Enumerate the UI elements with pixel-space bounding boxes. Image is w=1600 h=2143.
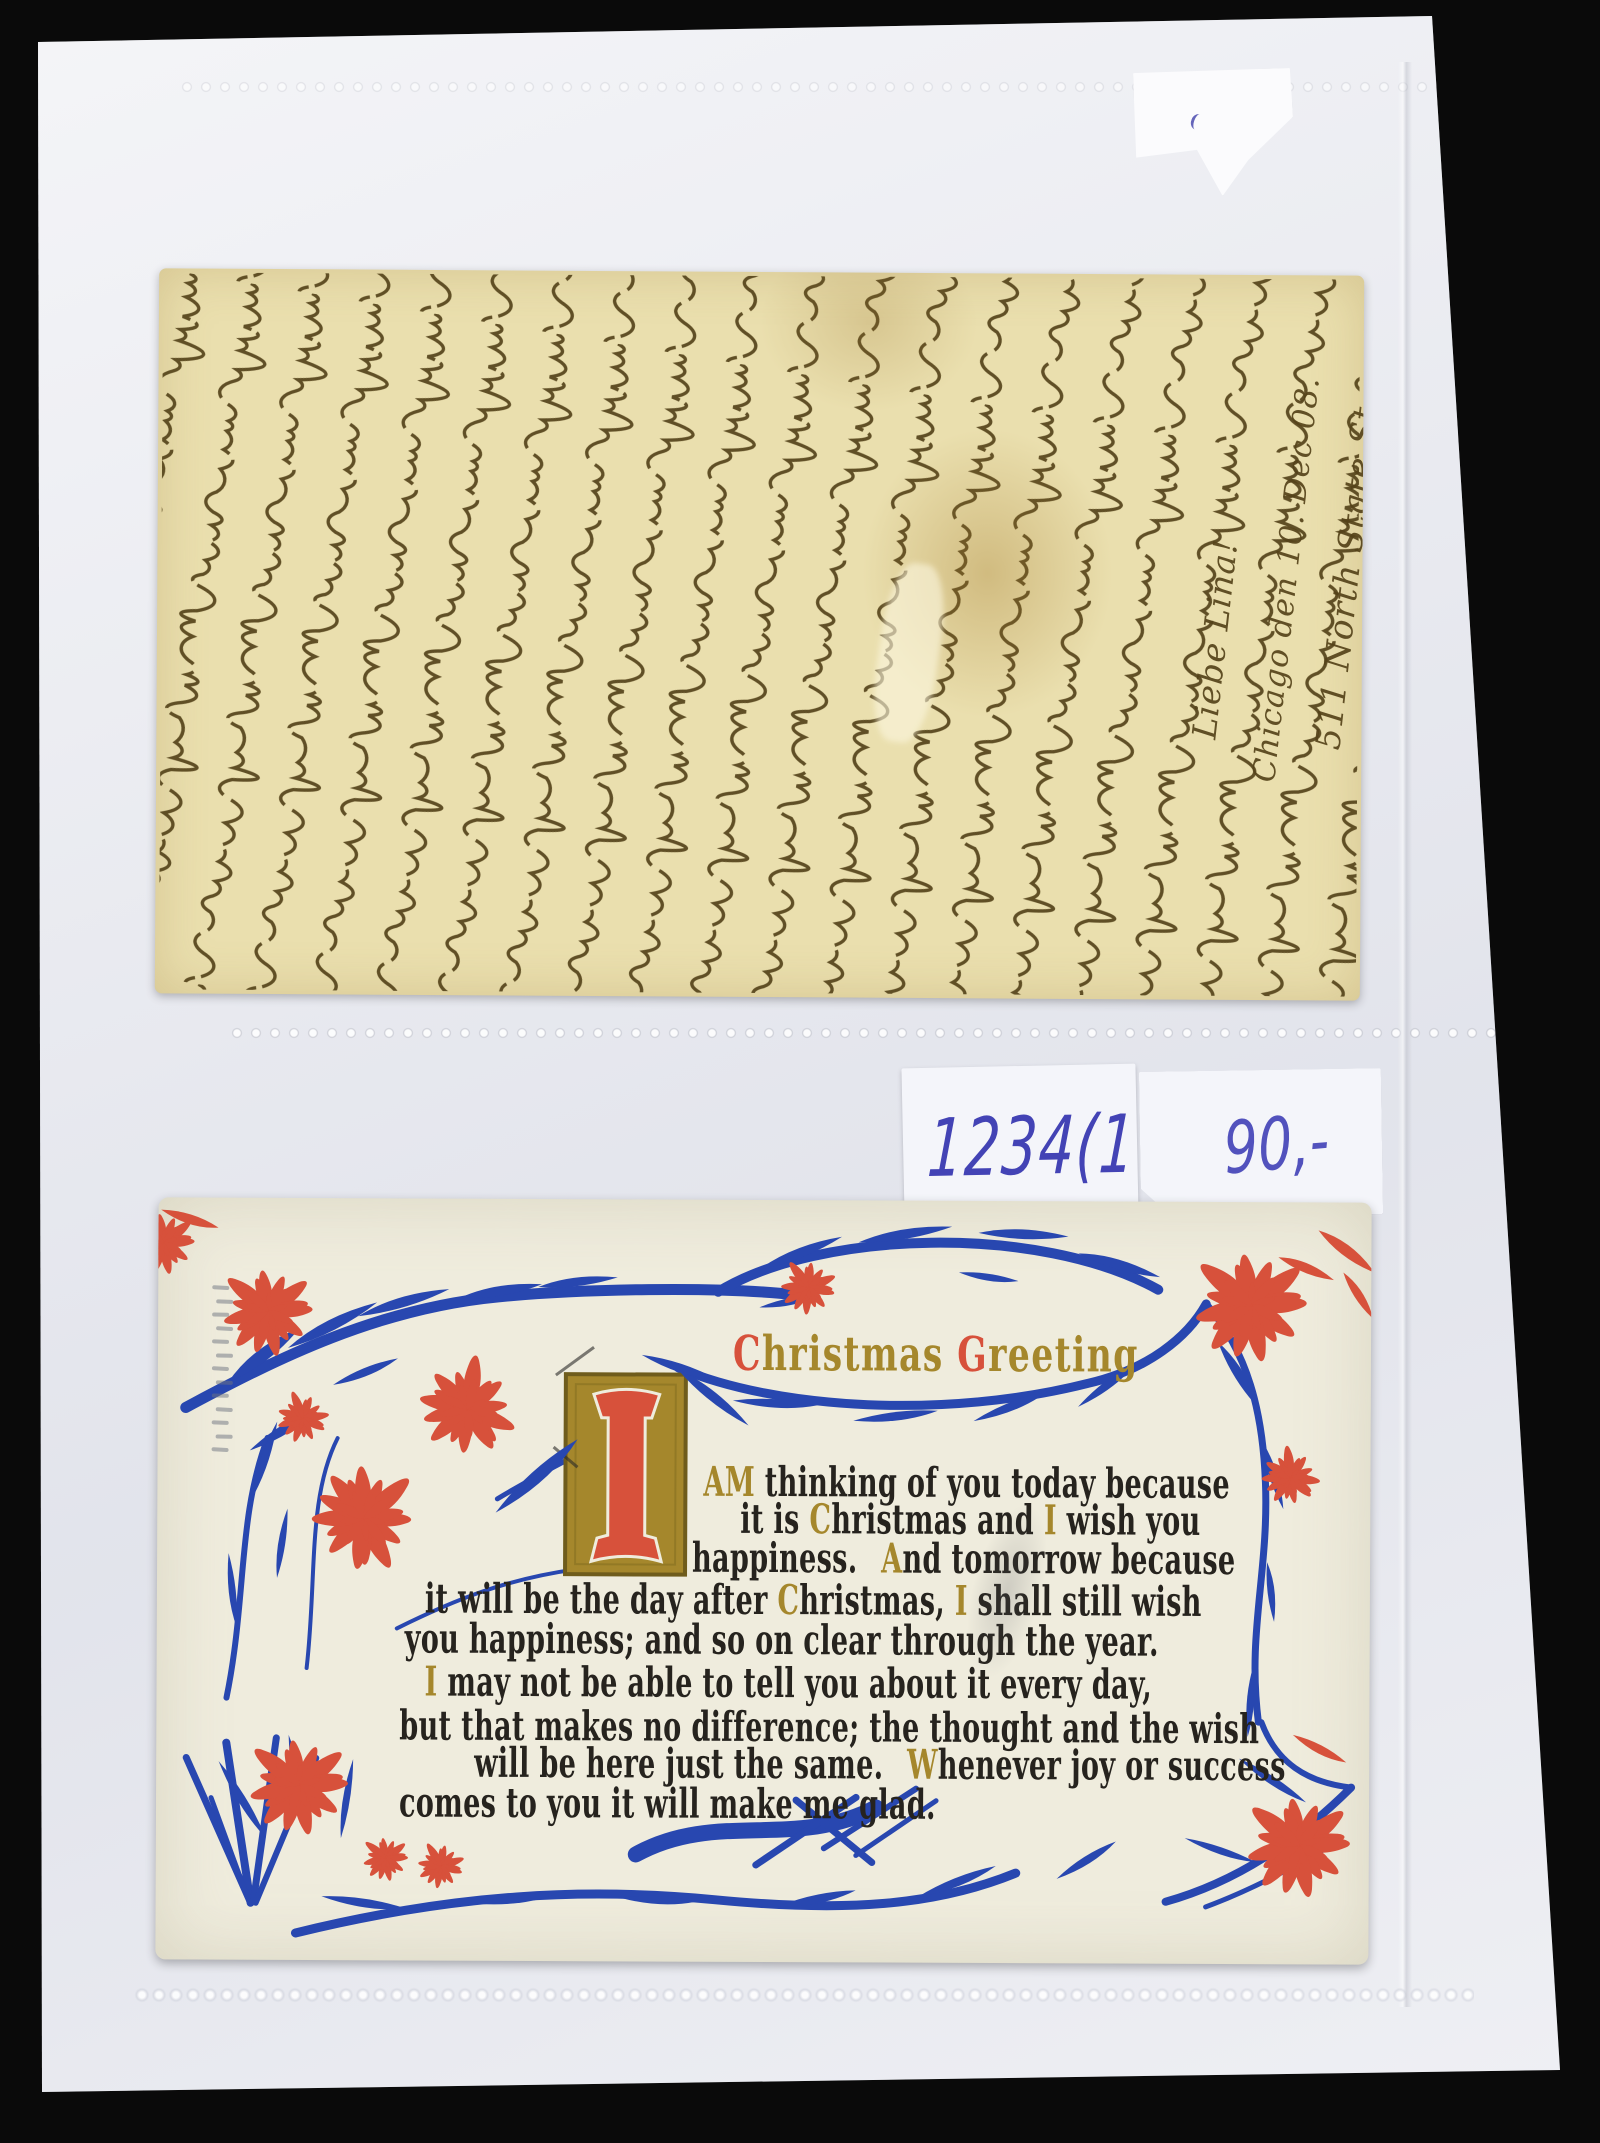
handwritten-postcard: 511 North State St. Chicago den 10. Dec … [155,268,1364,1000]
postmark-dash [212,1312,229,1316]
sleeve-serrated-edge-middle [228,1026,1528,1040]
postmark-dash [216,1407,233,1412]
postmark-dash [212,1420,229,1425]
inventory-number-label: 1234(1 [901,1064,1138,1219]
album-page: 511 North State St. Chicago den 10. Dec … [38,16,1562,2094]
postmark-dash [216,1353,233,1357]
postmark-dash [216,1326,233,1331]
postmark-dash [216,1434,233,1438]
postmark-dash [212,1339,229,1344]
inventory-number: 1234(1 [925,1098,1138,1195]
christmas-greeting-card: Christmas Greeting AM thinking of you to… [155,1197,1371,1964]
price-label: 90,- [1139,1068,1383,1218]
price-value: 90,- [1221,1098,1331,1191]
card-title: Christmas Greeting [733,1326,1139,1384]
torn-tape-fragment [1133,68,1293,196]
pen-mark [1189,112,1206,131]
illuminated-initial-I [553,1347,686,1575]
handwriting-texture [155,268,1364,1000]
verse-line: comes to you it will make me glad. [399,1778,936,1828]
photo-black-backdrop: 511 North State St. Chicago den 10. Dec … [0,0,1600,2143]
postmark-dash [216,1380,233,1385]
sleeve-serrated-edge-top [178,80,1508,94]
postmark-dash [216,1299,233,1304]
sleeve-bottom-seam [134,1984,1474,2008]
postmark-dash [212,1393,229,1397]
sleeve-weld-seam [1398,62,1412,2007]
